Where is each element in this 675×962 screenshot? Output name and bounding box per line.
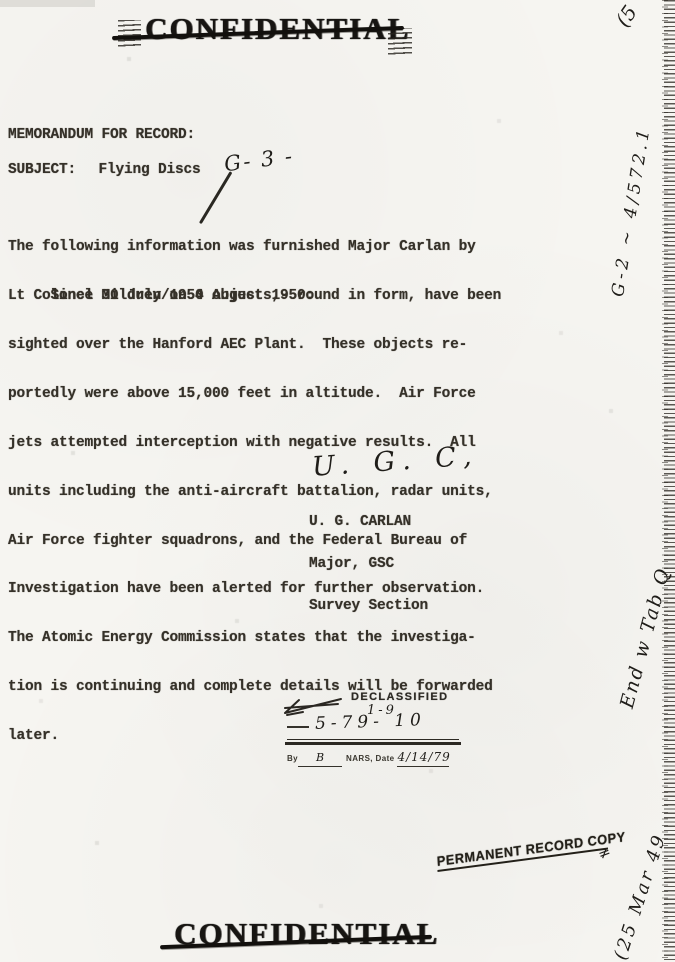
document-page: CONFIDENTIAL MEMORANDUM FOR RECORD: SUBJ… [0, 0, 675, 962]
subject-label: SUBJECT: [8, 162, 76, 178]
by-signature-value: B [316, 751, 324, 764]
by-label: By [287, 754, 298, 763]
body-line: portedly were above 15,000 feet in altit… [8, 386, 501, 403]
signature-section: Survey Section [309, 599, 428, 613]
date-value: 4/14/79 [397, 750, 450, 764]
scan-smudge [0, 0, 95, 7]
memo-heading: MEMORANDUM FOR RECORD: [8, 127, 195, 143]
margin-note-corner: (5 [611, 1, 642, 32]
signature-name: U. G. CARLAN [309, 515, 428, 529]
stamp-rule-thin [287, 739, 459, 740]
declassified-number: 5-79- 10 [315, 710, 427, 734]
declassified-title: DECLASSIFIED [351, 691, 448, 703]
dash-mark [287, 726, 309, 728]
subject-line: SUBJECT: Flying Discs [8, 160, 201, 178]
declassified-stamp: DECLASSIFIED 1-9 5-79- 10 ByBNARS, Date4… [283, 686, 478, 764]
scan-speckles [0, 0, 2, 2]
body-line: sighted over the Hanford AEC Plant. Thes… [8, 337, 501, 354]
page-edge-fringe-inner [662, 0, 668, 962]
stamp-by-row: ByBNARS, Date4/14/79 [287, 748, 477, 767]
by-signature-line: B [298, 748, 342, 767]
stamp-rule-heavy [285, 742, 461, 745]
pen-scribble-left [118, 20, 141, 48]
pen-scribble-right [388, 28, 412, 56]
subject-value: Flying Discs [98, 162, 200, 178]
nars-date-label: NARS, Date [346, 754, 394, 763]
date-line: 4/14/79 [397, 748, 449, 767]
body-line: Since 30 July 1950 objects,- round in fo… [8, 288, 501, 305]
signature-block: U. G. CARLAN Major, GSC Survey Section [309, 487, 428, 641]
signature-rank: Major, GSC [309, 557, 428, 571]
intro-line: The following information was furnished … [8, 239, 476, 256]
handwritten-g3-note: G- 3 - [223, 144, 295, 176]
